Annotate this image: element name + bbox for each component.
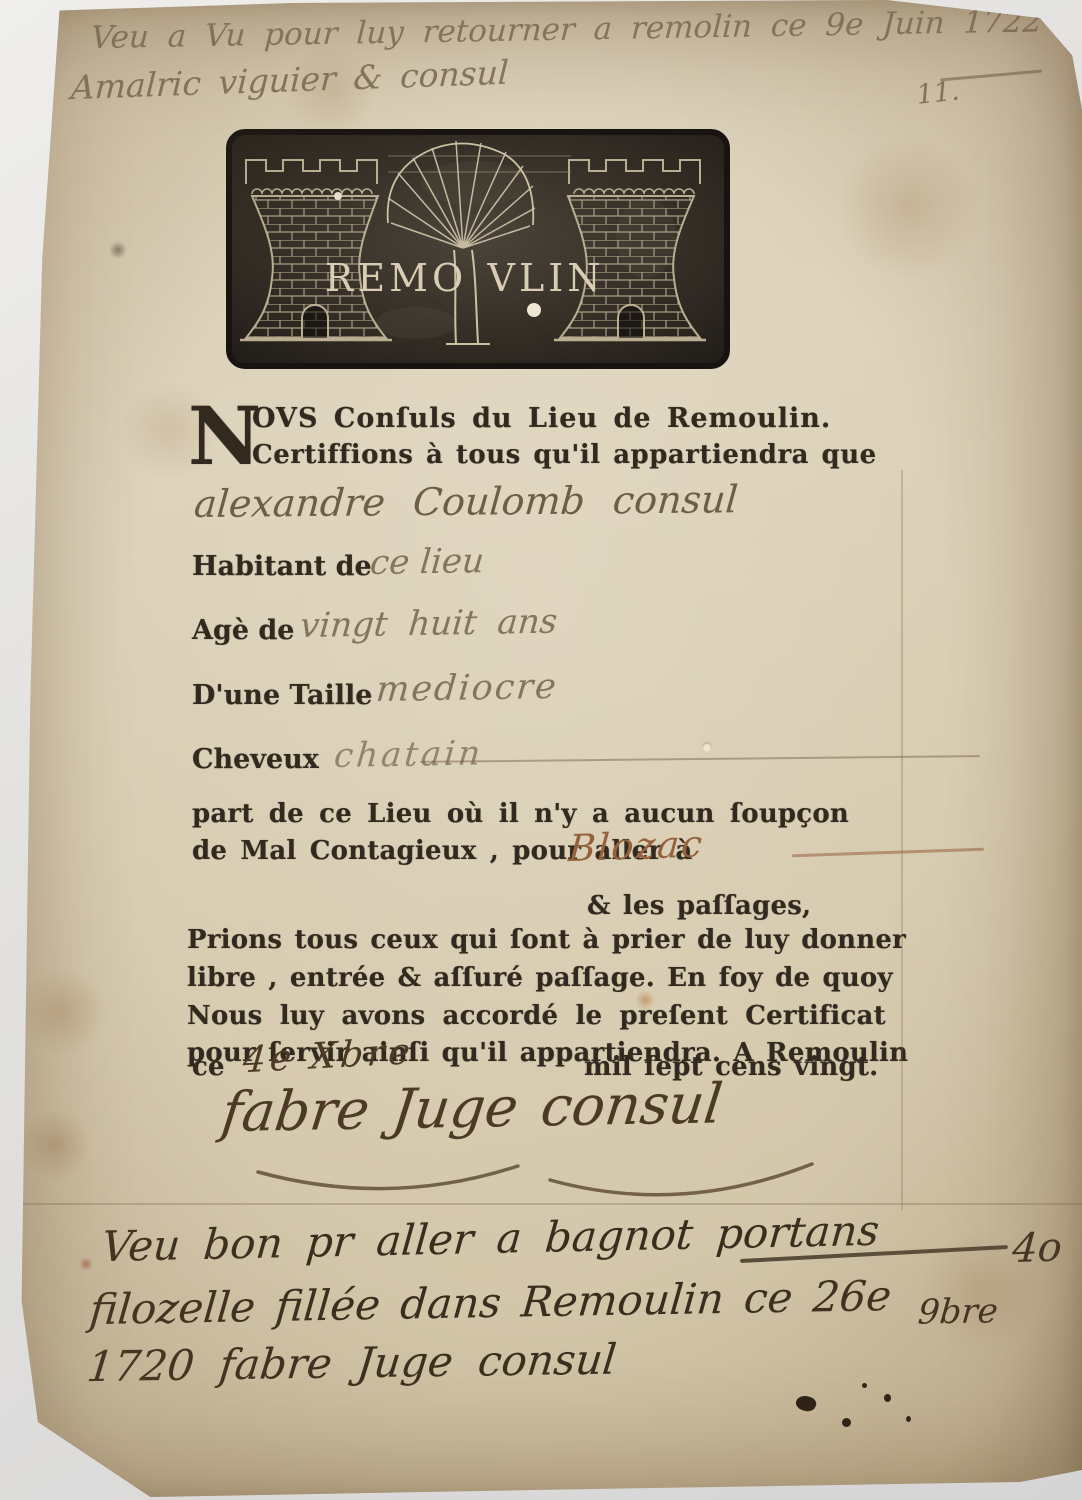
- bottom-note-line3: 1720 fabre Juge consul: [85, 1335, 619, 1391]
- date-entry: 4e Xbre: [241, 1031, 415, 1081]
- field-value-age: vingt huit ans: [298, 602, 558, 647]
- consul-signature: fabre Juge consul: [218, 1071, 726, 1144]
- heading-line1: OVS Conſuls du Lieu de Remoulin.: [252, 403, 831, 434]
- pen-flourish: [792, 848, 984, 858]
- document-paper: Veu a Vu pour luy retourner a remolin ce…: [0, 0, 1082, 1500]
- top-annotation-mark: 11.: [915, 76, 961, 111]
- request-line3: Nous luy avons accordé le preſent Certif…: [187, 1001, 886, 1031]
- paper-hole: [334, 192, 342, 200]
- ink-blot: [862, 1383, 867, 1388]
- field-value-taille: mediocre: [374, 667, 559, 710]
- ink-blot: [884, 1394, 891, 1402]
- top-annotation-line1: Veu a Vu pour luy retourner a remolin ce…: [90, 3, 1043, 56]
- heading-line2: Certiffions à tous qu'il appartiendra qu…: [252, 440, 877, 470]
- bottom-note-line2: filozelle fillée dans Remoulin ce 26e 9b…: [88, 1269, 994, 1334]
- field-label-habitant: Habitant de: [192, 551, 372, 582]
- field-value-habitant: ce lieu: [368, 541, 485, 583]
- request-line2: libre , entrée & aſſuré paſſage. En foy …: [187, 963, 893, 993]
- field-label-cheveux: Cheveux: [192, 744, 319, 775]
- field-value-cheveux: chatain: [332, 733, 484, 776]
- crease-line: [420, 755, 980, 763]
- seal-word-left: REMO: [325, 256, 467, 300]
- seal-word-right: VLIN: [487, 256, 605, 300]
- clause-line1: part de ce Lieu où il n'y a aucun ſoupço…: [192, 799, 849, 829]
- field-label-taille: D'une Taille: [192, 680, 372, 711]
- ink-blot: [906, 1416, 911, 1422]
- ink-blot: [842, 1418, 851, 1427]
- field-label-age: Agè de: [192, 615, 294, 646]
- heading-drop-cap: N: [188, 402, 261, 470]
- top-annotation-line2: Amalric viguier & consul: [70, 53, 510, 107]
- request-line1: Prions tous ceux qui ſont à prier de luy…: [187, 925, 906, 955]
- destination-entry: Blozac: [567, 822, 706, 870]
- photographed-document: Veu a Vu pour luy retourner a remolin ce…: [0, 0, 1082, 1500]
- signature-flourish: [250, 1150, 820, 1206]
- crease-line: [0, 1203, 1082, 1205]
- paper-hole: [702, 742, 712, 752]
- remoulin-woodcut-stamp: REMO VLIN: [226, 128, 731, 374]
- date-prefix: ce: [192, 1052, 225, 1082]
- passages-line: & les paſſages,: [587, 891, 811, 921]
- bottom-note-line2-text: filozelle fillée dans Remoulin ce 26e: [88, 1271, 894, 1334]
- paper-hole: [527, 303, 541, 317]
- bottom-note-line1-end: 4o: [1011, 1224, 1064, 1272]
- ink-blot: [794, 1393, 818, 1414]
- crease-line: [901, 470, 903, 1210]
- name-entry: alexandre Coulomb consul: [193, 477, 740, 526]
- bottom-note-month: 9bre: [916, 1291, 999, 1332]
